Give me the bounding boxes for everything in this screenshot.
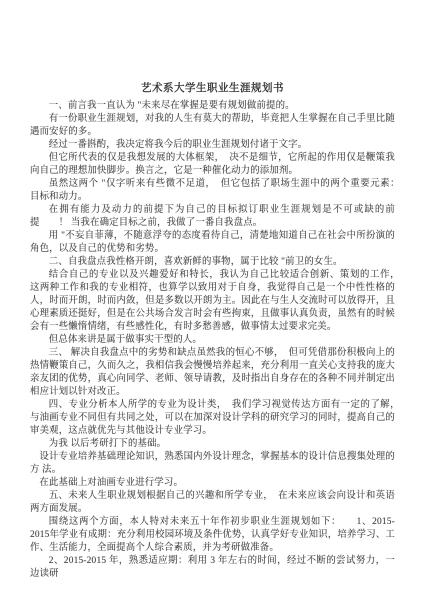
paragraph: 一、前言我一直认为 "未来尽在掌握是要有规划做前提的。 (30, 100, 395, 113)
paragraph: 2、2015-2015 年，熟悉适应期：利用 3 年左右的时间，经过不断的尝试努… (30, 555, 395, 581)
paragraph: 用 "不妄自菲薄，不随意浮夸的态度看待自己，清楚地知道自己在社会中所扮演的角色，… (30, 230, 395, 256)
paragraph: 在此基础上对油画专业进行学习。 (30, 477, 395, 490)
paragraph: 三、 解决自我盘点中的劣势和缺点虽然我的恒心不够， 但可凭借那份积极向上的热情鞭… (30, 347, 395, 399)
document-body: 一、前言我一直认为 "未来尽在掌握是要有规划做前提的。有一份职业生涯规划，对我的… (30, 100, 395, 581)
paragraph: 有一份职业生涯规划，对我的人生有莫大的帮助，毕竟把人生掌握在自己手里比随遇而安好… (30, 113, 395, 139)
paragraph: 但总体来讲是属于做事实干型的人。 (30, 334, 395, 347)
paragraph: 经过一番斟酌，我决定将我今后的职业生涯规划付诸于文字。 (30, 139, 395, 152)
paragraph: 五、未来人生职业规划根据自己的兴趣和所学专业， 在未来应该会向设计和英语两方面发… (30, 490, 395, 516)
paragraph: 为我 以后考研打下的基础。 (30, 438, 395, 451)
paragraph: 设计专业培养基础理论知识，熟悉国内外设计理念，掌握基本的设计信息搜集处理的方 法… (30, 451, 395, 477)
paragraph: 在拥有能力及动力的前提下为自己的目标拟订职业生涯规划是不可或缺的前提 ！ 当我在… (30, 204, 395, 230)
paragraph: 四、专业分析本人所学的专业为设计类， 我们学习视觉传达方面有一定的了解， 与油画… (30, 399, 395, 438)
paragraph: 虽然这两个 "仅字听来有些微不足道， 但它包括了职场生涯中的两个重要元素： 目标… (30, 178, 395, 204)
document-title: 艺术系大学生职业生涯规划书 (30, 80, 395, 95)
document-page: 艺术系大学生职业生涯规划书 一、前言我一直认为 "未来尽在掌握是要有规划做前提的… (0, 0, 423, 600)
document-content: 艺术系大学生职业生涯规划书 一、前言我一直认为 "未来尽在掌握是要有规划做前提的… (30, 80, 395, 581)
paragraph: 二、自我盘点我性格开朗，喜欢新鲜的事物，属于比较 "前卫的女生。 (30, 256, 395, 269)
paragraph: 围绕这两个方面，本人特对未来五十年作初步职业生涯规划如下： 1、2015-201… (30, 516, 395, 555)
paragraph: 但它所代表的仅是我想发展的大体框架， 决不是细节，它所起的作用仅是鞭策我向自己的… (30, 152, 395, 178)
paragraph: 结合自己的专业以及兴趣爱好和特长，我认为自己比较适合创新、策划的工作， 这两种工… (30, 269, 395, 334)
